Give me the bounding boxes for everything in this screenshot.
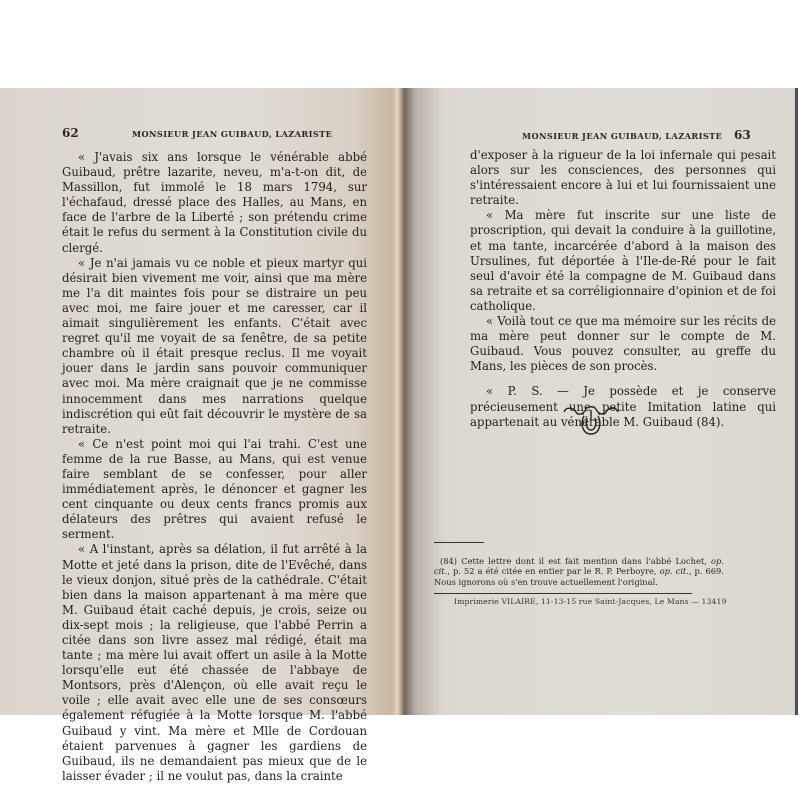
footnote-text: , p. 52 a été citée en entier par le R. … [447,566,659,576]
paragraph: « J'avais six ans lorsque le vénérable a… [62,150,367,256]
paragraph: « A l'instant, après sa délation, il fut… [62,542,367,784]
page-number: 63 [734,128,751,142]
running-head: MONSIEUR JEAN GUIBAUD, LAZARISTE [522,131,722,141]
footnote-marker: (84) [440,556,457,566]
paragraph: « Je n'ai jamais vu ce noble et pieux ma… [62,256,367,437]
footnote-citation: op. cit. [660,566,689,576]
left-page: 62 MONSIEUR JEAN GUIBAUD, LAZARISTE « J'… [0,88,392,715]
body-text: « J'avais six ans lorsque le vénérable a… [62,150,367,784]
right-page: MONSIEUR JEAN GUIBAUD, LAZARISTE 63 d'ex… [404,88,796,715]
footnote-rule [434,542,484,543]
footnote-text: Cette lettre dont il est fait mention da… [457,556,711,566]
paragraph: « Voilà tout ce que ma mémoire sur les r… [470,314,776,374]
open-book: 62 MONSIEUR JEAN GUIBAUD, LAZARISTE « J'… [0,88,798,715]
printer-imprint: Imprimerie VILAIRE, 11-13-15 rue Saint-J… [454,597,726,606]
paragraph: « Ce n'est point moi qui l'ai trahi. C'e… [62,437,367,543]
body-text: d'exposer à la rigueur de la loi inferna… [470,148,776,430]
footnote: (84) Cette lettre dont il est fait menti… [434,556,724,587]
imprint-rule [434,593,692,594]
paragraph: « P. S. — Je possède et je conserve préc… [470,384,776,429]
floral-ornament-icon [560,400,622,440]
running-head: MONSIEUR JEAN GUIBAUD, LAZARISTE [132,129,332,139]
paragraph: « Ma mère fut inscrite sur une liste de … [470,208,776,314]
book-edge [795,88,798,715]
paragraph: d'exposer à la rigueur de la loi inferna… [470,148,776,208]
page-number: 62 [62,126,79,140]
